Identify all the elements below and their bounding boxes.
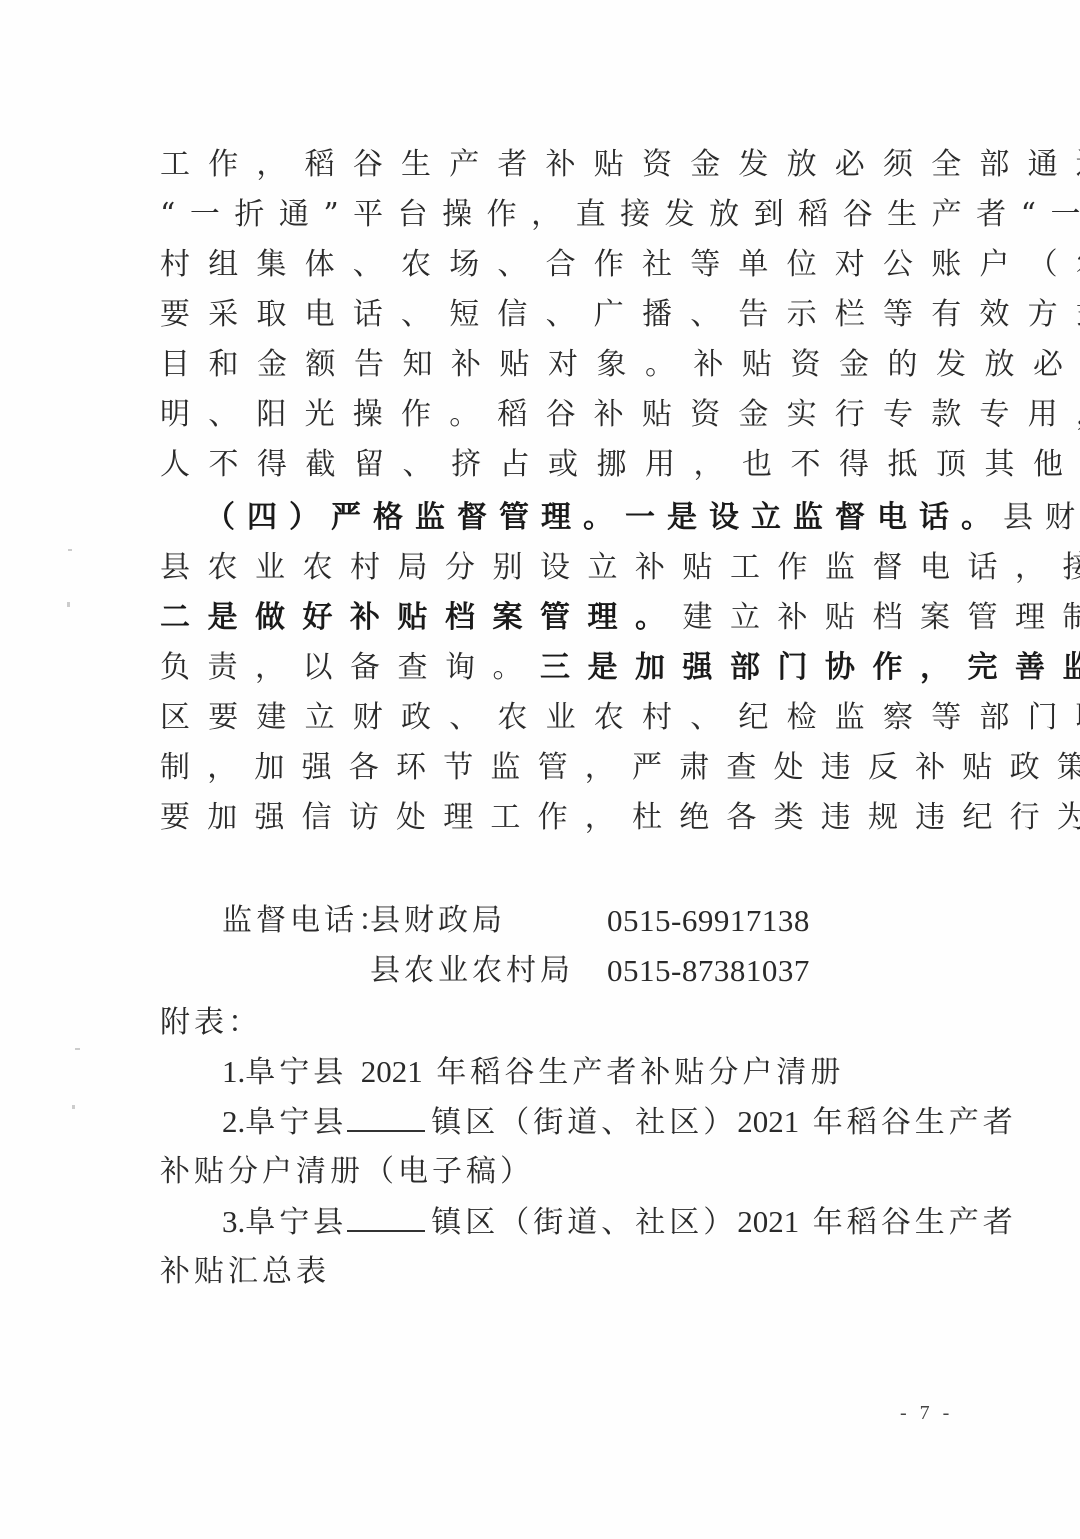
paragraph-line: 人不得截留、挤占或挪用，也不得抵顶其他任何款项。 [160, 440, 1080, 490]
point3-title: 三是加强部门协作，完善监督机制。 [540, 650, 1080, 685]
attachment-item-2: 2.阜宁县镇区（街道、社区）2021 年稻谷生产者 [222, 1097, 1017, 1147]
paragraph-line: 村组集体、农场、合作社等单位对公账户（农商行账户）。 [160, 240, 1080, 290]
hotline-label: 监督电话： [222, 896, 392, 946]
paragraph-line: “一折通”平台操作，直接发放到稻谷生产者“一折通”存折或 [160, 190, 1080, 240]
paragraph-line: 明、阳光操作。稻谷补贴资金实行专款专用，任何组织和个 [160, 390, 1080, 440]
hotline-phone-finance: 0515-69917138 [607, 896, 810, 946]
hotline-dept-finance: 县财政局 [370, 896, 506, 946]
fill-blank [347, 1200, 425, 1232]
point2-text-cont: 负责，以备查询。 [160, 650, 540, 685]
paragraph-line: 工作，稻谷生产者补贴资金发放必须全部通过财政涉农补贴 [160, 140, 1080, 190]
section-four-line-1: （四）严格监督管理。一是设立监督电话。县财政局、 [205, 493, 1080, 543]
attachment-item-1: 1.阜宁县 2021 年稻谷生产者补贴分户清册 [222, 1047, 844, 1097]
page-number: - 7 - [900, 1402, 953, 1425]
fill-blank [347, 1100, 425, 1132]
scan-speck [68, 549, 72, 551]
point2-text: 建立补贴档案管理制度，指定专人 [683, 600, 1080, 635]
point2-title: 二是做好补贴档案管理。 [160, 600, 683, 635]
section-four-line-3: 二是做好补贴档案管理。建立补贴档案管理制度，指定专人 [160, 593, 1080, 643]
section-four-line-7: 要加强信访处理工作，杜绝各类违规违纪行为。 [160, 793, 1080, 843]
section-heading: （四）严格监督管理。 [205, 500, 625, 535]
section-four-line-4: 负责，以备查询。三是加强部门协作，完善监督机制。各镇 [160, 643, 1080, 693]
attachment-item-2-cont: 补贴分户清册（电子稿） [160, 1147, 534, 1197]
hotline-phone-agriculture: 0515-87381037 [607, 946, 810, 996]
paragraph-line: 要采取电话、短信、广播、告示栏等有效方式及时将补贴项 [160, 290, 1080, 340]
section-four-line-6: 制，加强各环节监管，严肃查处违反补贴政策规定的行为； [160, 743, 1080, 793]
hotline-dept-agriculture: 县农业农村局 [370, 946, 574, 996]
section-four-line-5: 区要建立财政、农业农村、纪检监察等部门联合监督检查机 [160, 693, 1080, 743]
point1-text: 县财政局、 [1003, 500, 1080, 535]
section-four-line-2: 县农业农村局分别设立补贴工作监督电话，接受群众监督。 [160, 543, 1080, 593]
document-page: 工作，稻谷生产者补贴资金发放必须全部通过财政涉农补贴 “一折通”平台操作，直接发… [0, 0, 1080, 1539]
paragraph-line: 目和金额告知补贴对象。补贴资金的发放必须坚持公开透 [160, 340, 1080, 390]
scan-speck [75, 1048, 80, 1050]
attachment-item-3-cont: 补贴汇总表 [160, 1247, 330, 1297]
scan-speck [67, 602, 70, 607]
attachments-label: 附表： [160, 998, 262, 1048]
scan-speck [72, 1105, 75, 1109]
point1-title: 一是设立监督电话。 [625, 500, 1003, 535]
attachment-item-3: 3.阜宁县镇区（街道、社区）2021 年稻谷生产者 [222, 1197, 1017, 1247]
